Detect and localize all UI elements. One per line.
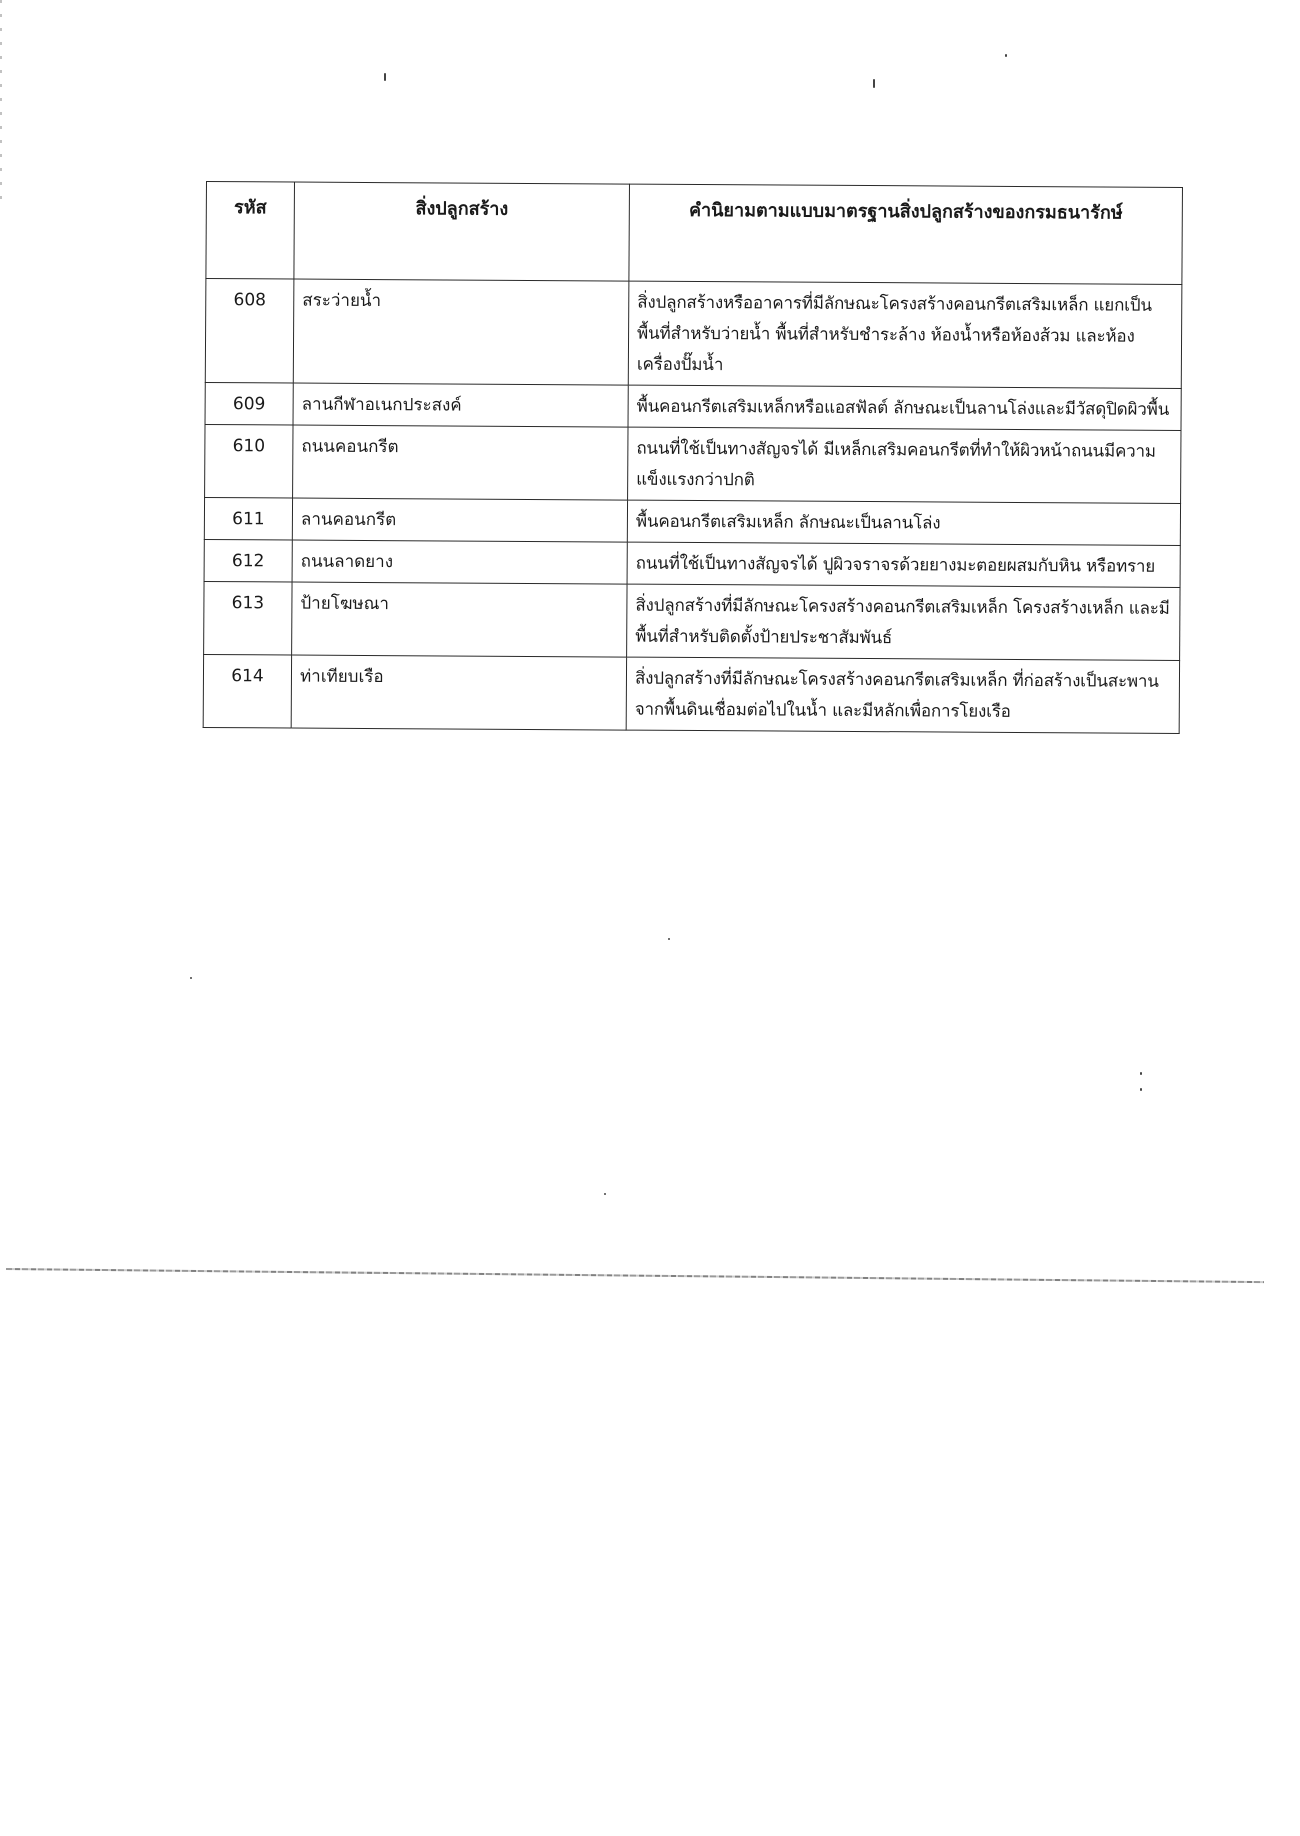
structure-definitions-table-wrap: รหัส สิ่งปลูกสร้าง คำนิยามตามแบบมาตรฐานส… bbox=[203, 181, 1182, 734]
table-row: 614 ท่าเทียบเรือ สิ่งปลูกสร้างที่มีลักษณ… bbox=[203, 654, 1179, 733]
row-definition: สิ่งปลูกสร้างที่มีลักษณะโครงสร้างคอนกรีต… bbox=[626, 657, 1179, 733]
table-row: 612 ถนนลาดยาง ถนนที่ใช้เป็นทางสัญจรได้ ป… bbox=[204, 539, 1180, 587]
row-code: 609 bbox=[205, 382, 293, 425]
table-row: 610 ถนนคอนกรีต ถนนที่ใช้เป็นทางสัญจรได้ … bbox=[205, 424, 1181, 503]
scan-edge-artifact bbox=[0, 0, 2, 200]
row-structure: ลานคอนกรีต bbox=[292, 498, 627, 542]
row-code: 613 bbox=[204, 581, 292, 655]
table-row: 608 สระว่ายน้ำ สิ่งปลูกสร้างหรืออาคารที่… bbox=[205, 279, 1182, 389]
scan-speck bbox=[1140, 1088, 1142, 1091]
row-code: 614 bbox=[203, 654, 291, 728]
scan-speck bbox=[668, 938, 670, 940]
scan-speck bbox=[1005, 54, 1007, 57]
scanned-document-page: รหัส สิ่งปลูกสร้าง คำนิยามตามแบบมาตรฐานส… bbox=[0, 0, 1300, 1836]
scan-speck bbox=[190, 977, 192, 979]
row-definition: ถนนที่ใช้เป็นทางสัญจรได้ ปูผิวจราจรด้วยย… bbox=[627, 542, 1180, 587]
table-row: 611 ลานคอนกรีต พื้นคอนกรีตเสริมเหล็ก ลัก… bbox=[204, 497, 1180, 545]
row-definition: พื้นคอนกรีตเสริมเหล็กหรือแอสฟัลต์ ลักษณะ… bbox=[628, 385, 1181, 430]
scan-horizontal-line-artifact bbox=[6, 1268, 1264, 1283]
row-structure: ป้ายโฆษณา bbox=[292, 582, 627, 657]
row-structure: ถนนลาดยาง bbox=[292, 540, 627, 584]
row-structure: ท่าเทียบเรือ bbox=[291, 655, 626, 730]
row-definition: สิ่งปลูกสร้างที่มีลักษณะโครงสร้างคอนกรีต… bbox=[627, 584, 1180, 660]
row-code: 608 bbox=[205, 279, 294, 384]
scan-speck bbox=[604, 1193, 606, 1195]
row-code: 610 bbox=[205, 424, 293, 498]
scan-speck bbox=[1140, 1072, 1142, 1075]
header-structure: สิ่งปลูกสร้าง bbox=[294, 182, 630, 281]
row-code: 612 bbox=[204, 539, 292, 582]
table-row: 609 ลานกีฬาอเนกประสงค์ พื้นคอนกรีตเสริมเ… bbox=[205, 382, 1181, 430]
header-definition: คำนิยามตามแบบมาตรฐานสิ่งปลูกสร้างของกรมธ… bbox=[629, 184, 1183, 284]
row-structure: ลานกีฬาอเนกประสงค์ bbox=[293, 383, 628, 427]
scan-speck bbox=[873, 79, 875, 88]
table-header-row: รหัส สิ่งปลูกสร้าง คำนิยามตามแบบมาตรฐานส… bbox=[206, 182, 1183, 285]
row-structure: ถนนคอนกรีต bbox=[293, 425, 628, 500]
row-definition: ถนนที่ใช้เป็นทางสัญจรได้ มีเหล็กเสริมคอน… bbox=[628, 427, 1181, 503]
row-structure: สระว่ายน้ำ bbox=[293, 279, 629, 385]
structure-definitions-table: รหัส สิ่งปลูกสร้าง คำนิยามตามแบบมาตรฐานส… bbox=[203, 181, 1183, 734]
row-definition: สิ่งปลูกสร้างหรืออาคารที่มีลักษณะโครงสร้… bbox=[628, 281, 1182, 388]
table-row: 613 ป้ายโฆษณา สิ่งปลูกสร้างที่มีลักษณะโค… bbox=[204, 581, 1180, 660]
row-definition: พื้นคอนกรีตเสริมเหล็ก ลักษณะเป็นลานโล่ง bbox=[627, 500, 1180, 545]
scan-speck bbox=[384, 73, 386, 81]
header-code: รหัส bbox=[206, 182, 295, 280]
row-code: 611 bbox=[204, 497, 292, 540]
